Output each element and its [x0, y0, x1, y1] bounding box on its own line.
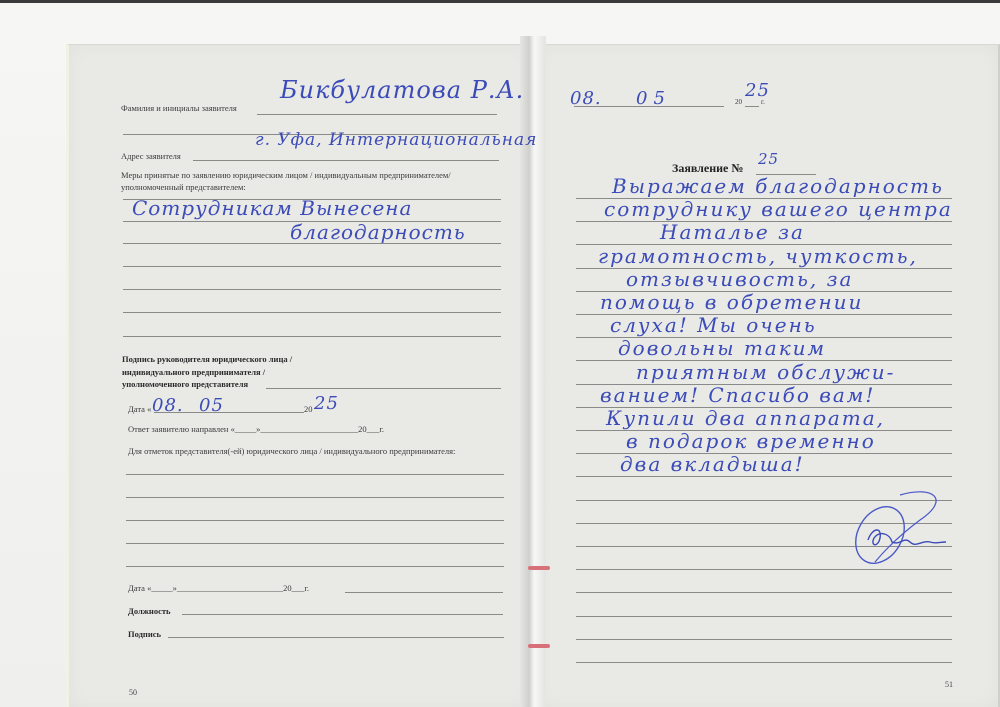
- measures-line: [123, 336, 501, 337]
- statement-text-line[interactable]: в подарок временно: [626, 429, 876, 453]
- measures-label: Меры принятые по заявлению юридическим л…: [121, 170, 451, 180]
- date-year[interactable]: 25: [314, 393, 339, 414]
- statement-text-line[interactable]: Выражаем благодарность: [612, 174, 944, 198]
- head-signature-line: [266, 388, 501, 389]
- head-signature-label-3: уполномоченного представителя: [122, 379, 248, 389]
- statement-text-line[interactable]: грамотность, чуткость,: [598, 244, 918, 268]
- statement-text-line[interactable]: приятным обслужи-: [636, 360, 895, 384]
- footer-date-label: Дата «_____»_________________________20_…: [128, 583, 309, 593]
- notes-line: [126, 497, 504, 498]
- binding-stitch-icon: [528, 566, 550, 570]
- notes-line: [126, 543, 504, 544]
- binding-stitch-icon: [528, 644, 550, 648]
- reply-sent-label: Ответ заявителю направлен «_____»_______…: [128, 424, 384, 434]
- rep-notes-label: Для отметок представителя(-ей) юридическ…: [128, 446, 455, 456]
- measures-line: [123, 312, 501, 313]
- statement-line: [576, 616, 952, 617]
- address-line-2: [193, 160, 499, 161]
- applicant-name-line: [257, 114, 497, 115]
- date-label: Дата «: [128, 404, 151, 414]
- statement-text-line[interactable]: ванием! Спасибо вам!: [600, 383, 875, 407]
- head-signature-label: Подпись руководителя юридического лица /: [122, 354, 292, 364]
- statement-text-line[interactable]: помощь в обретении: [600, 290, 863, 314]
- right-date-year-prefix: 20: [735, 98, 742, 106]
- head-signature-label-2: индивидуального предпринимателя /: [122, 367, 265, 377]
- right-date-year[interactable]: 25: [745, 80, 770, 101]
- position-line: [182, 614, 503, 615]
- statement-text-line[interactable]: довольны таким: [618, 336, 826, 360]
- statement-text-line[interactable]: сотруднику вашего центра: [604, 197, 953, 221]
- measures-line: [123, 289, 501, 290]
- footer-date-extra-line: [345, 592, 503, 593]
- address-value[interactable]: г. Уфа, Интернациональная: [255, 130, 537, 150]
- applicant-name-label: Фамилия и инициалы заявителя: [121, 103, 237, 113]
- measures-text-line-1[interactable]: Сотрудникам Вынесена: [132, 196, 412, 220]
- address-label: Адрес заявителя: [121, 151, 181, 161]
- right-date-year-line: [745, 106, 759, 107]
- notes-line: [126, 566, 504, 567]
- measures-line: [123, 266, 501, 267]
- statement-line: [576, 592, 952, 593]
- statement-text-line[interactable]: Наталье за: [660, 220, 805, 244]
- date-day[interactable]: 08.: [152, 395, 184, 416]
- right-date-year-suffix: г.: [761, 98, 765, 106]
- statement-line: [576, 662, 952, 663]
- statement-text-line[interactable]: отзывчивость, за: [626, 267, 853, 291]
- statement-text-line[interactable]: два вкладыша!: [620, 452, 805, 476]
- statement-number[interactable]: 25: [758, 150, 779, 168]
- position-label: Должность: [128, 606, 171, 616]
- signature-icon: [840, 490, 960, 570]
- page-number-right: 51: [945, 680, 953, 689]
- statement-text-line[interactable]: Купили два аппарата,: [606, 406, 885, 430]
- statement-line: [576, 476, 952, 477]
- date-month[interactable]: 05: [199, 395, 224, 416]
- measures-label-2: уполномоченный представителем:: [121, 182, 246, 192]
- signature-line: [168, 637, 504, 638]
- notes-line: [126, 520, 504, 521]
- date-year-prefix: 20: [304, 404, 313, 414]
- statement-text-line[interactable]: слуха! Мы очень: [610, 313, 817, 337]
- right-date-line: [574, 106, 724, 107]
- applicant-name-value[interactable]: Бикбулатова Р.А.: [280, 76, 524, 104]
- page-number-left: 50: [129, 688, 137, 697]
- signature-label: Подпись: [128, 629, 161, 639]
- notes-line: [126, 474, 504, 475]
- measures-text-line-2[interactable]: благодарность: [290, 220, 466, 244]
- statement-line: [576, 639, 952, 640]
